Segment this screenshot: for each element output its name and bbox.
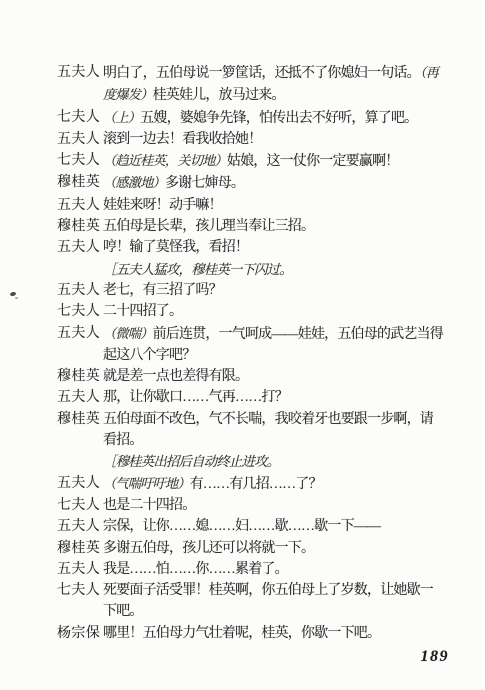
script-line: 穆桂英五伯母面不改色，气不长喘，我咬着牙也要跟一步啊，请 看招。 xyxy=(57,409,451,452)
speaker-name: 五夫人 xyxy=(57,129,103,150)
dialogue-text: 明白了，五伯母说一箩筐话，还抵不了你媳妇一句话。（再 度爆发）桂英娃儿，放马过来… xyxy=(103,62,451,107)
speaker-name: 七夫人 xyxy=(57,150,103,171)
dialogue-text: （微喘）前后连贯，一气呵成——娃娃，五伯母的武艺当得 起这八个字吧？ xyxy=(103,323,451,367)
dialogue-text: 五伯母面不改色，气不长喘，我咬着牙也要跟一步啊，请 看招。 xyxy=(103,409,451,452)
dialogue-text: 老七，有三招了吗？ xyxy=(103,280,451,301)
stage-direction-inline: （趋近桂英，关切地） xyxy=(103,153,227,168)
dialogue-text: 宗保，让你……媳……妇……歇……歇一下—— xyxy=(103,516,451,537)
script-line: 七夫人二十四招了。 xyxy=(57,301,451,322)
dialogue-text: （上）五嫂，婆媳争先锋，怕传出去不好听，算了吧。 xyxy=(103,107,451,129)
page-number: 189 xyxy=(421,648,450,666)
dialogue-text: 多谢五伯母，孩儿还可以将就一下。 xyxy=(103,538,451,559)
script-line: 五夫人（微喘）前后连贯，一气呵成——娃娃，五伯母的武艺当得 起这八个字吧？ xyxy=(57,323,451,367)
speaker-name: 七夫人 xyxy=(57,107,103,128)
speaker-name: 五夫人 xyxy=(57,280,103,301)
dialogue-text: 我是……怕……你……累着了。 xyxy=(103,559,451,580)
stage-direction-inline: （微喘） xyxy=(103,326,153,341)
speaker-name: 五夫人 xyxy=(57,559,103,580)
speaker-name: 穆桂英 xyxy=(57,366,103,387)
dialogue-text: （趋近桂英，关切地）姑娘，这一仗你一定要赢啊！ xyxy=(103,150,451,172)
script-line: 七夫人（趋近桂英，关切地）姑娘，这一仗你一定要赢啊！ xyxy=(57,150,451,172)
script-line: 穆桂英（感激地）多谢七婶母。 xyxy=(57,172,451,194)
scan-speck xyxy=(15,297,18,299)
script-line: 五夫人娃娃来呀！动手嘛！ xyxy=(57,195,451,216)
script-line: 杨宗保哪里！五伯母力气壮着呢，桂英，你歇一下吧。 xyxy=(57,623,451,644)
dialogue-text: 滚到一边去！看我收拾她！ xyxy=(103,129,451,150)
stage-direction-inline: （感激地） xyxy=(103,175,165,190)
script-line: 穆桂英五伯母是长辈，孩儿理当奉让三招。 xyxy=(57,216,451,237)
script-line: 五夫人那，让你歇口……气再……打？ xyxy=(57,387,451,408)
script-line: 穆桂英多谢五伯母，孩儿还可以将就一下。 xyxy=(57,538,451,559)
script-line: 五夫人滚到一边去！看我收拾她！ xyxy=(57,129,451,150)
script-line: 七夫人也是二十四招。 xyxy=(57,495,451,516)
dialogue-text: 那，让你歇口……气再……打？ xyxy=(103,387,451,408)
dialogue-text: 二十四招了。 xyxy=(103,301,451,322)
speaker-name: 五夫人 xyxy=(57,237,103,258)
scan-speck xyxy=(10,291,17,296)
stage-direction-inline: （气喘吁吁地） xyxy=(103,476,190,491)
speaker-name: 穆桂英 xyxy=(57,216,103,237)
script-line: 五夫人老七，有三招了吗？ xyxy=(57,280,451,301)
speaker-name: 五夫人 xyxy=(57,323,103,344)
speaker-name: 穆桂英 xyxy=(57,538,103,559)
script-line: 五夫人我是……怕……你……累着了。 xyxy=(57,559,451,580)
speaker-name: 七夫人 xyxy=(57,495,103,516)
speaker-name: 穆桂英 xyxy=(57,409,103,430)
script-line: 五夫人哼！输了莫怪我，看招！ xyxy=(57,237,451,258)
script-line: 七夫人死要面子活受罪！桂英啊，你五伯母上了岁数，让她歇一 下吧。 xyxy=(57,580,451,623)
dialogue-text: 死要面子活受罪！桂英啊，你五伯母上了岁数，让她歇一 下吧。 xyxy=(103,580,451,623)
speaker-name: 五夫人 xyxy=(57,473,103,494)
speaker-name: 五夫人 xyxy=(57,62,103,83)
dialogue-text: 哼！输了莫怪我，看招！ xyxy=(103,237,451,258)
dialogue-text: 五伯母是长辈，孩儿理当奉让三招。 xyxy=(103,216,451,237)
script-line: 五夫人宗保，让你……媳……妇……歇……歇一下—— xyxy=(57,516,451,537)
stage-direction-inline: （上） xyxy=(103,110,140,125)
book-page: 五夫人明白了，五伯母说一箩筐话，还抵不了你媳妇一句话。（再 度爆发）桂英娃儿，放… xyxy=(0,0,485,690)
dialogue-text: （感激地）多谢七婶母。 xyxy=(103,172,451,194)
dialogue-text: 也是二十四招。 xyxy=(103,495,451,516)
script-line: ［五夫人猛攻，穆桂英一下闪过。 xyxy=(57,259,451,280)
speaker-name: 七夫人 xyxy=(57,301,103,322)
script-text-block: 五夫人明白了，五伯母说一箩筐话，还抵不了你媳妇一句话。（再 度爆发）桂英娃儿，放… xyxy=(57,62,451,644)
speaker-name: 五夫人 xyxy=(57,516,103,537)
stage-direction-line: ［五夫人猛攻，穆桂英一下闪过。 xyxy=(103,259,451,280)
dialogue-text: 哪里！五伯母力气壮着呢，桂英，你歇一下吧。 xyxy=(103,623,451,644)
script-line: 穆桂英就是差一点也差得有限。 xyxy=(57,366,451,387)
dialogue-text: 娃娃来呀！动手嘛！ xyxy=(103,195,451,216)
stage-direction-line: ［穆桂英出招后自动终止进攻。 xyxy=(103,451,451,472)
speaker-name: 五夫人 xyxy=(57,195,103,216)
dialogue-text: （气喘吁吁地）有……有几招……了？ xyxy=(103,473,451,495)
script-line: 五夫人明白了，五伯母说一箩筐话，还抵不了你媳妇一句话。（再 度爆发）桂英娃儿，放… xyxy=(57,62,451,107)
speaker-name: 五夫人 xyxy=(57,387,103,408)
speaker-name: 杨宗保 xyxy=(57,623,103,644)
dialogue-text: 就是差一点也差得有限。 xyxy=(103,366,451,387)
stage-direction-inline: （再 度爆发） xyxy=(103,65,438,102)
speaker-name: 穆桂英 xyxy=(57,172,103,193)
script-line: 五夫人（气喘吁吁地）有……有几招……了？ xyxy=(57,473,451,495)
script-line: ［穆桂英出招后自动终止进攻。 xyxy=(57,451,451,472)
script-line: 七夫人（上）五嫂，婆媳争先锋，怕传出去不好听，算了吧。 xyxy=(57,107,451,129)
speaker-name: 七夫人 xyxy=(57,580,103,601)
